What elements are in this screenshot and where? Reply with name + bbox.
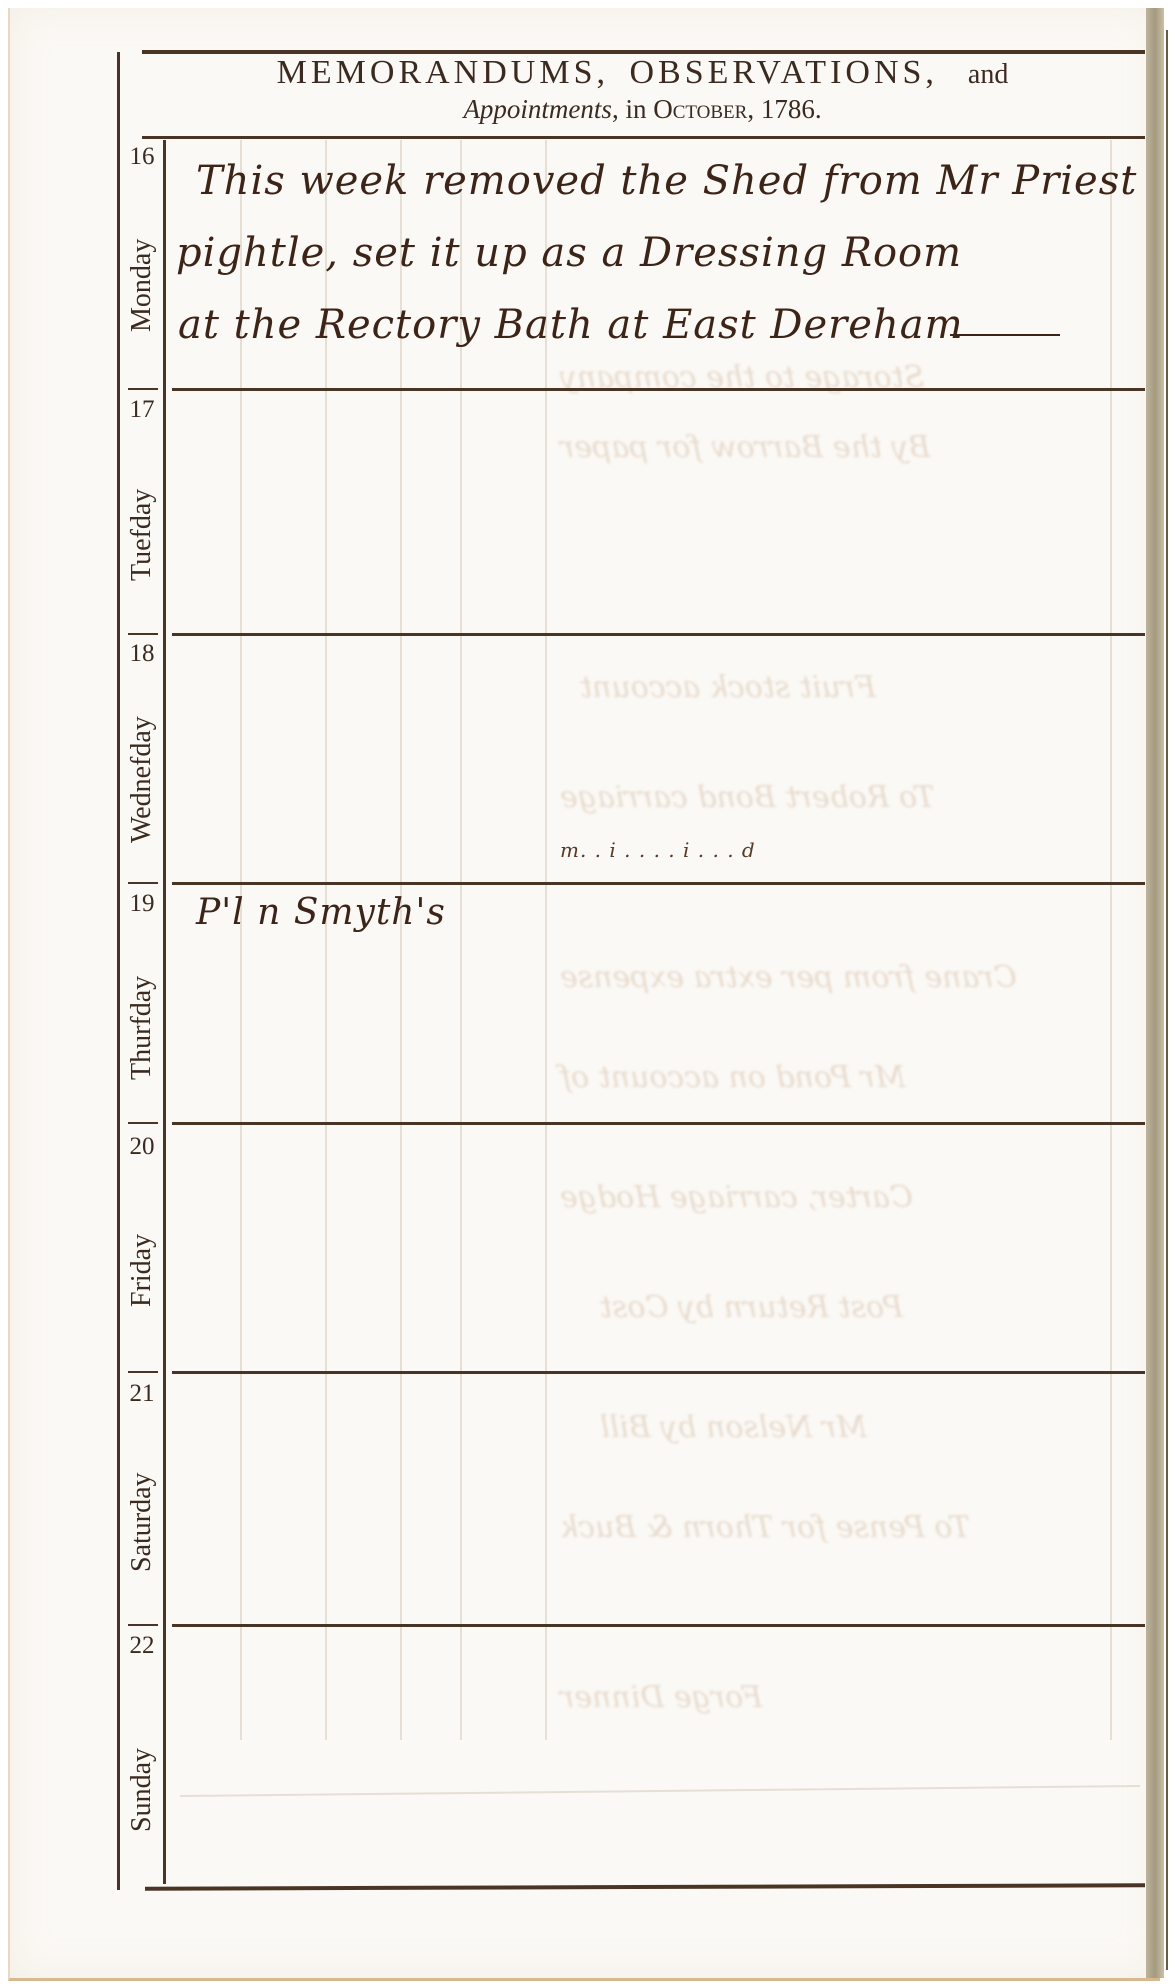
day-separator-fri-sat [172,1371,1145,1374]
day-name-friday: Friday [124,1175,160,1365]
bleed-column-line [325,140,327,1740]
bleed-column-line [1110,140,1112,1740]
monday-entry-line-2: pightle, set it up as a Dressing Room [176,222,962,284]
day-name-saturday: Saturday [124,1425,160,1620]
title-in: , in [612,94,653,124]
bleed-column-line [400,140,402,1740]
book-spine [1146,8,1164,1978]
day-number-friday: 20 [120,1133,164,1161]
day-number-wednesday: 18 [120,640,164,668]
thursday-entry: P'l n Smyth's [196,892,446,933]
bleed-column-line [545,140,547,1740]
title-month: October [653,94,747,124]
spine-edge-line [1166,30,1168,1970]
day-number-tuesday: 17 [120,396,164,424]
monday-entry-underline [950,334,1060,336]
bleed-through-text: Carter, carriage Hodge [560,1180,913,1215]
bleed-through-text: Forge Dinner [560,1680,762,1715]
title-appointments: Appointments [463,94,612,124]
bleed-column-line [460,140,462,1740]
day-name-sunday: Sunday [124,1700,160,1880]
title-main-text: MEMORANDUMS, OBSERVATIONS, [277,54,938,91]
day-number-sunday: 22 [120,1632,164,1660]
page-title: MEMORANDUMS, OBSERVATIONS,and Appointmen… [140,54,1145,125]
bleed-through-text: Mr Nelson by Bill [600,1410,867,1445]
day-name-wednesday: Wednefday [124,680,160,880]
day-tick [128,1371,158,1373]
day-tick [128,882,158,884]
monday-entry-line-3: at the Rectory Bath at East Dereham [178,294,964,356]
day-separator-mon-tue [172,388,1145,391]
day-number-saturday: 21 [120,1380,164,1408]
day-number-monday: 16 [120,143,164,171]
bleed-column-line [240,140,242,1740]
day-name-tuesday: Tuefday [124,440,160,630]
day-tick [128,388,158,390]
outer-left-rule [117,52,120,1890]
bleed-through-text: By the Barrow for paper [560,430,931,465]
bleed-through-text: Post Return by Cost [600,1290,903,1325]
bleed-through-text: To Pense for Thorn & Buck [560,1510,970,1545]
bleed-through-text: Mr Pond on account of [560,1060,906,1095]
day-separator-thu-fri [172,1122,1145,1125]
day-tick [128,633,158,635]
day-name-monday: Monday [124,190,160,380]
day-tick [128,1122,158,1124]
day-number-thursday: 19 [120,890,164,918]
bleed-through-text: To Robert Bond carriage [560,780,935,815]
bleed-through-text: Crane from per extra expense [560,960,1017,995]
day-separator-wed-thu [172,882,1145,885]
day-tick [128,1624,158,1626]
bleed-through-text: Fruit stock account [580,670,876,705]
day-separator-tue-wed [172,633,1145,636]
day-separator-sat-sun [172,1624,1145,1627]
day-name-thursday: Thurfday [124,935,160,1120]
title-year: , 1786. [747,94,821,124]
title-and: and [968,59,1008,90]
header-bottom-rule [142,136,1145,139]
monday-entry-line-1: This week removed the Shed from Mr Pries… [196,150,1137,212]
wednesday-faint-note: m. . i . . . . i . . . d [560,838,756,862]
